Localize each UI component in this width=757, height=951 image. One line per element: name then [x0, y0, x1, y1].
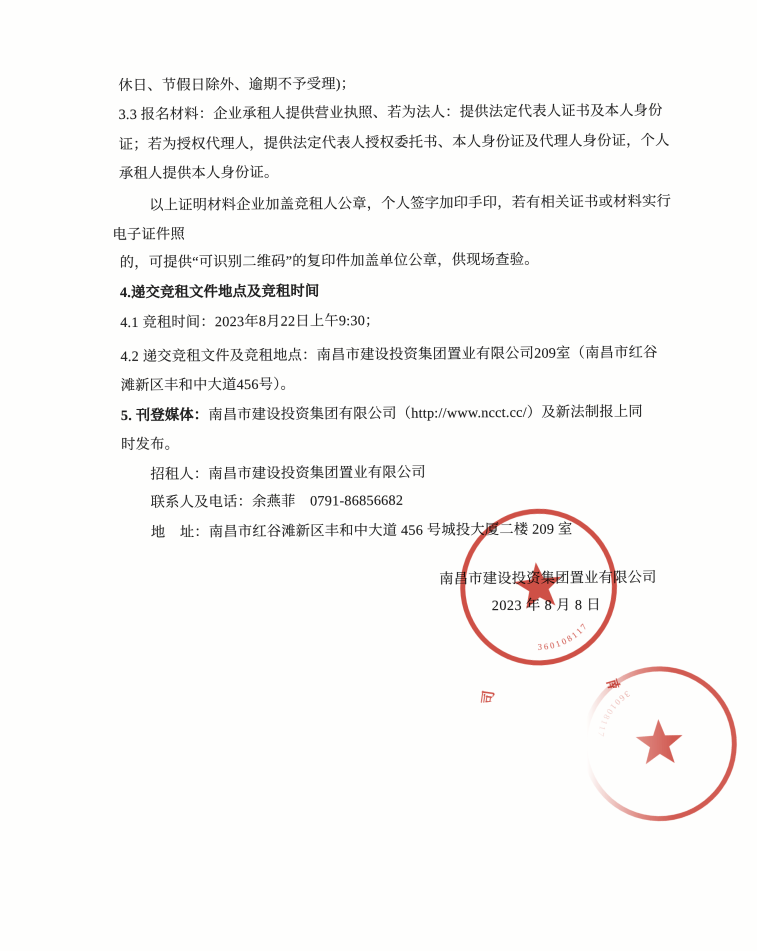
document-line: 招租人：南昌市建设投资集团置业有限公司 — [150, 463, 426, 485]
svg-text:360108117: 360108117 — [535, 619, 592, 652]
document-line: 滩新区丰和中大道456号）。 — [121, 375, 296, 396]
document-line: 4.递交竞租文件地点及竞租时间 — [120, 281, 320, 303]
document-line: 的，可提供“可识别二维码”的复印件加盖单位公章，供现场查验。 — [120, 250, 539, 273]
document-line: 证；若为授权代理人，提供法定代表人授权委托书、本人身份证及代理人身份证，个人 — [119, 131, 670, 155]
signature-date: 2023 年 8 月 8 日 — [439, 594, 653, 616]
document-line: 以上证明材料企业加盖竞租人公章，个人签字加印手印，若有相关证书或材料实行 — [149, 192, 671, 216]
document-line: 5. 刊登媒体：南昌市建设投资集团有限公司（http://www.ncct.cc… — [121, 402, 643, 426]
document-line: 休日、节假日除外、逾期不予受理)； — [118, 74, 355, 96]
document-line: 3.3 报名材料：企业承租人提供营业执照、若为法人：提供法定代表人证书及本人身份 — [118, 101, 662, 125]
line-text: 南昌市建设投资集团有限公司（http://www.ncct.cc/）及新法制报上… — [208, 404, 643, 423]
document-line: 承租人提供本人身份证。 — [119, 163, 279, 184]
partial-company-seal: 南昌市建设投资集团置业有限公司360108117 — [552, 636, 757, 852]
document-line: 地 址：南昌市红谷滩新区丰和中大道 456 号城投大厦二楼 209 室 — [151, 519, 573, 542]
svg-text:南昌市建设投资集团置业有限公司: 南昌市建设投资集团置业有限公司 — [477, 672, 632, 706]
document-text: 休日、节假日除外、逾期不予受理)；3.3 报名材料：企业承租人提供营业执照、若为… — [0, 0, 754, 3]
seal-ring — [554, 639, 757, 849]
svg-text:360108117: 360108117 — [584, 689, 643, 744]
document-scan: 休日、节假日除外、逾期不予受理)；3.3 报名材料：企业承租人提供营业执照、若为… — [0, 0, 757, 951]
seal-code-text: 360108117 — [584, 689, 643, 744]
seal-company-text: 南昌市建设投资集团置业有限公司 — [477, 672, 632, 706]
star-icon — [629, 714, 693, 778]
document-line: 电子证件照 — [112, 225, 185, 246]
signature-block: 南昌市建设投资集团置业有限公司 2023 年 8 月 8 日 — [439, 567, 653, 616]
line-bold-prefix: 5. 刊登媒体： — [121, 407, 209, 424]
document-line: 时发布。 — [121, 435, 179, 455]
document-line: 4.1 竞租时间：2023年8月22日上午9:30； — [120, 311, 380, 333]
document-line: 4.2 递交竞租文件及竞租地点：南昌市建设投资集团置业有限公司209室（南昌市红… — [120, 343, 657, 367]
seal-code-text: 360108117 — [535, 619, 592, 652]
document-page: 休日、节假日除外、逾期不予受理)；3.3 报名材料：企业承租人提供营业执照、若为… — [0, 0, 757, 951]
document-line: 联系人及电话：余燕菲 0791-86856682 — [151, 491, 404, 513]
signature-company: 南昌市建设投资集团置业有限公司 — [439, 567, 653, 589]
